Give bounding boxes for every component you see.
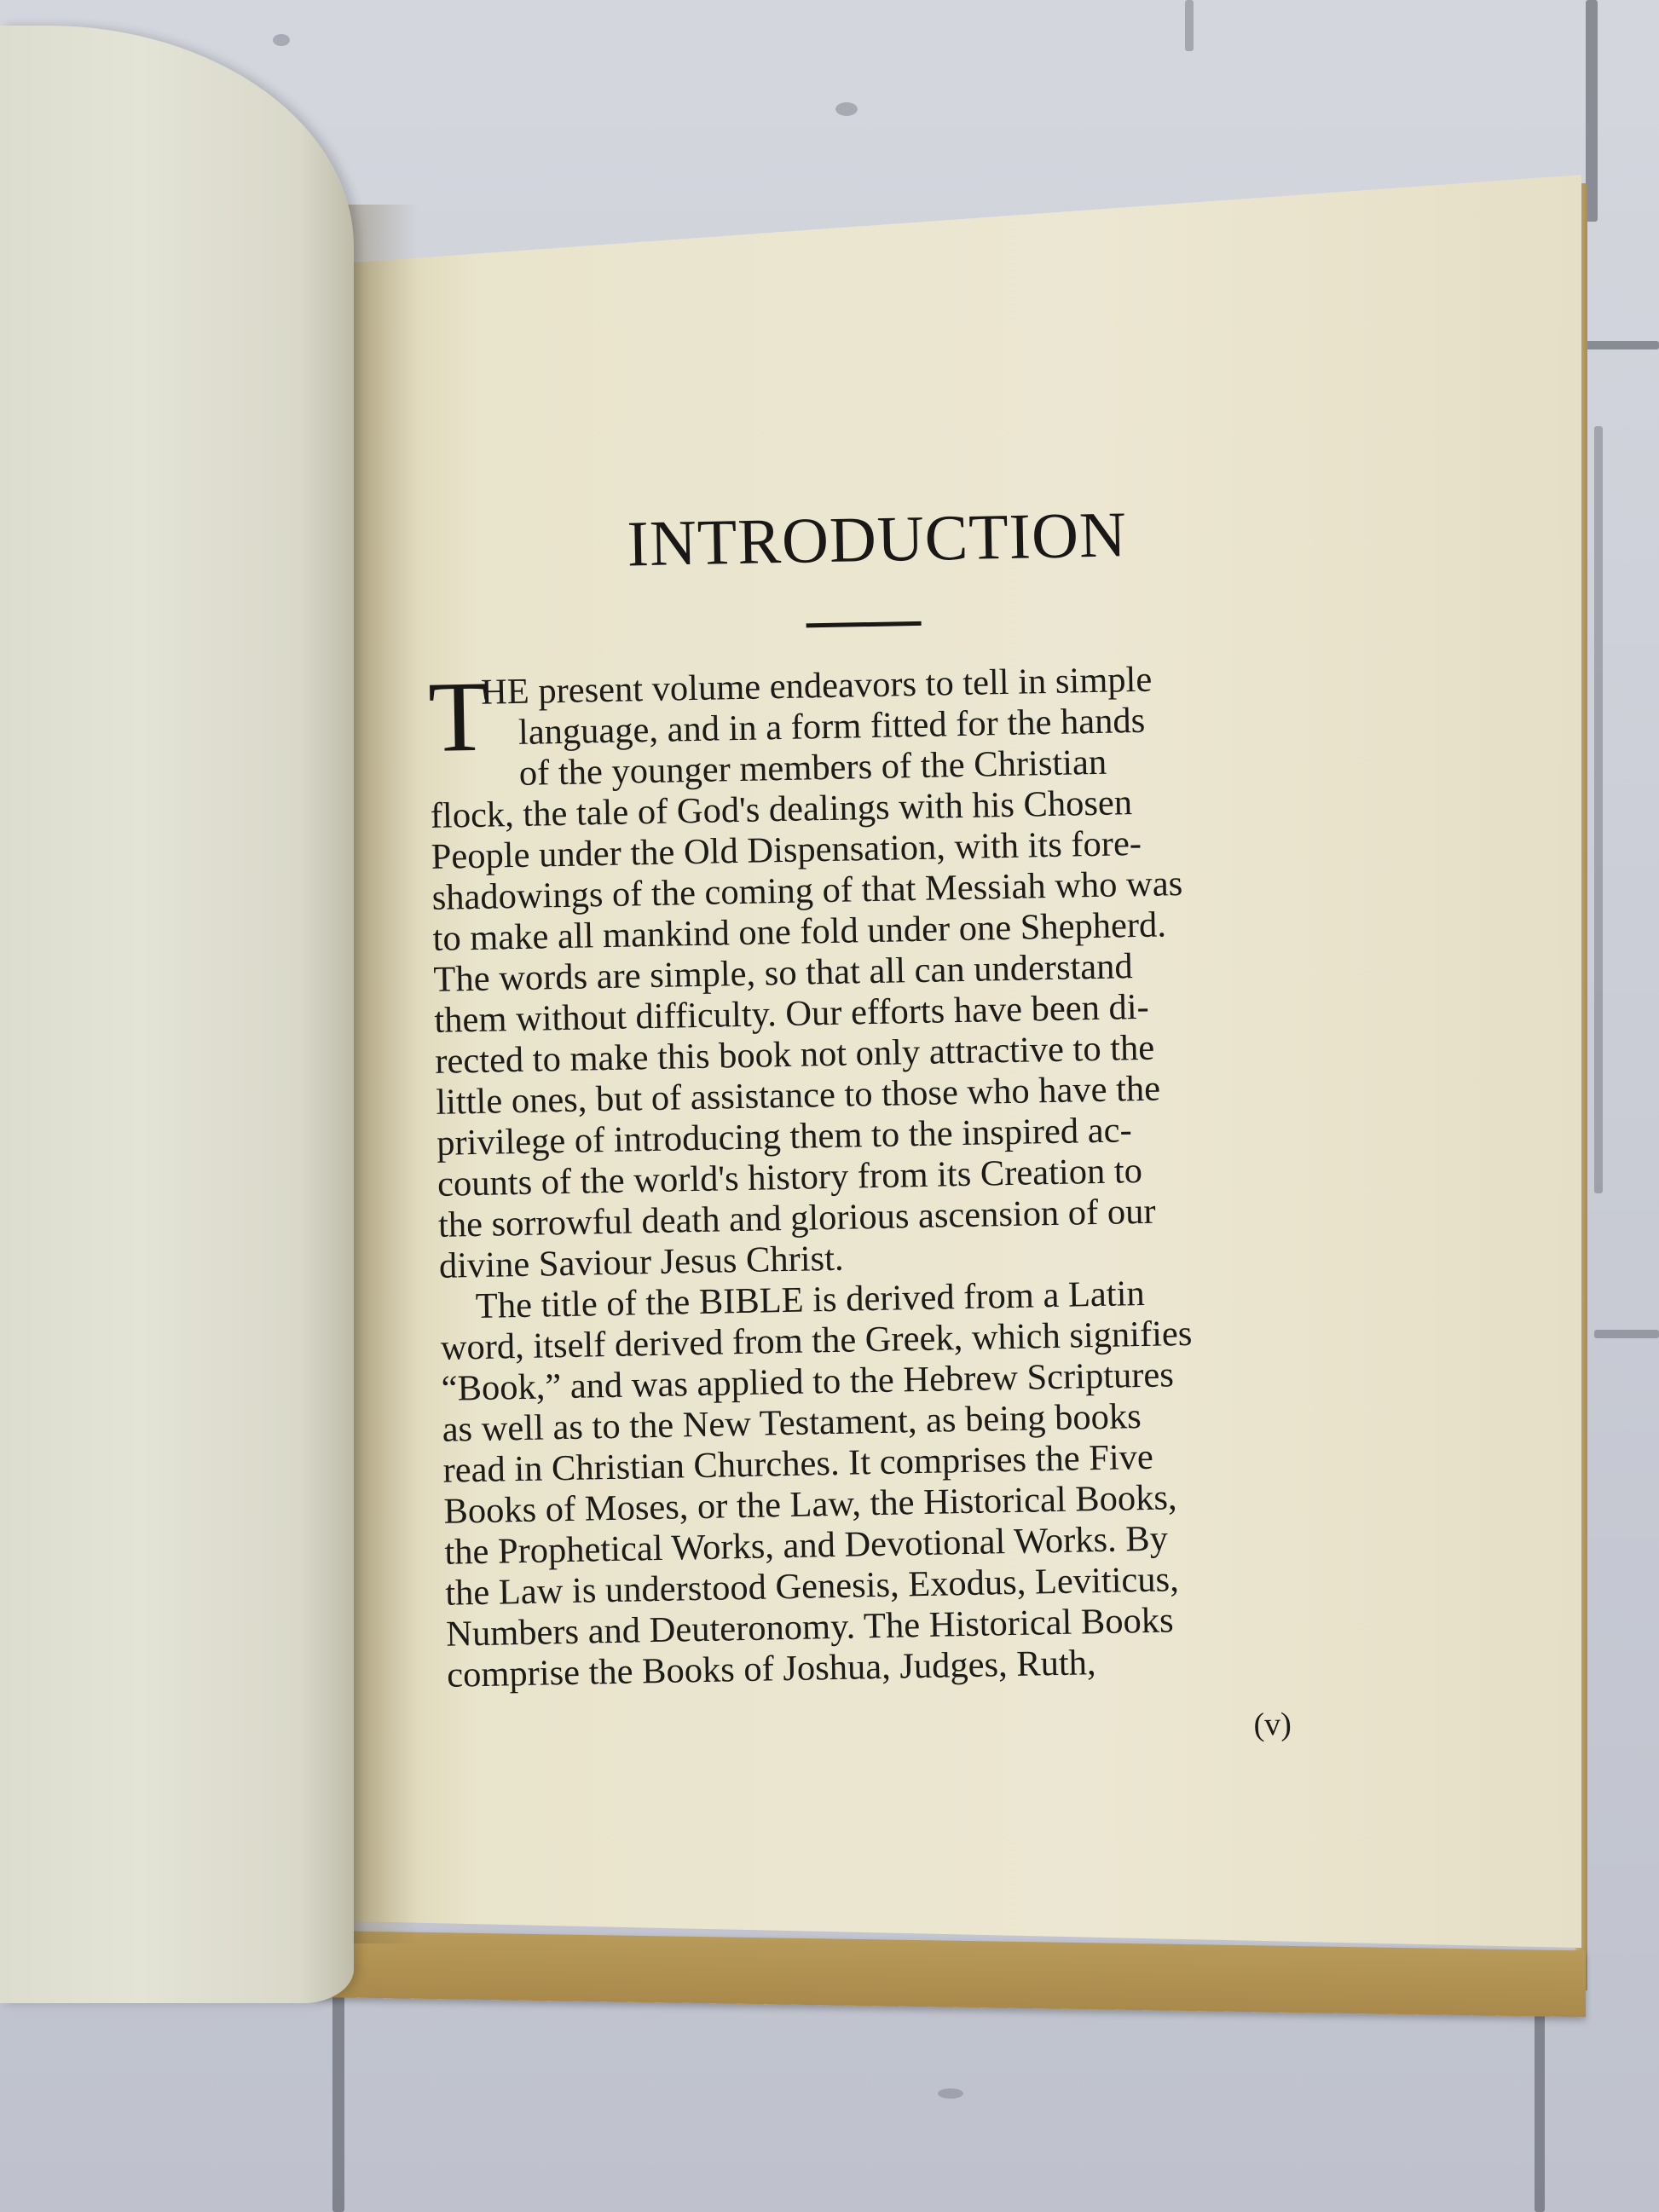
mortar-line <box>1594 1330 1659 1338</box>
body-text: T HE present volume endeavors to tell in… <box>428 656 1377 1696</box>
mortar-line <box>1594 426 1603 1193</box>
wall-speck <box>938 2088 963 2099</box>
page-number: (v) <box>1253 1706 1292 1744</box>
mortar-line <box>1586 341 1659 349</box>
mortar-line <box>1535 1995 1545 2212</box>
mortar-line <box>1586 0 1598 222</box>
wall-speck <box>273 34 290 46</box>
mortar-line <box>332 1986 344 2212</box>
left-page-blank <box>0 26 354 2003</box>
drop-cap: T <box>428 674 491 760</box>
page-title: INTRODUCTION <box>587 497 1168 582</box>
wall-speck <box>835 102 858 116</box>
mortar-line <box>1185 0 1194 51</box>
